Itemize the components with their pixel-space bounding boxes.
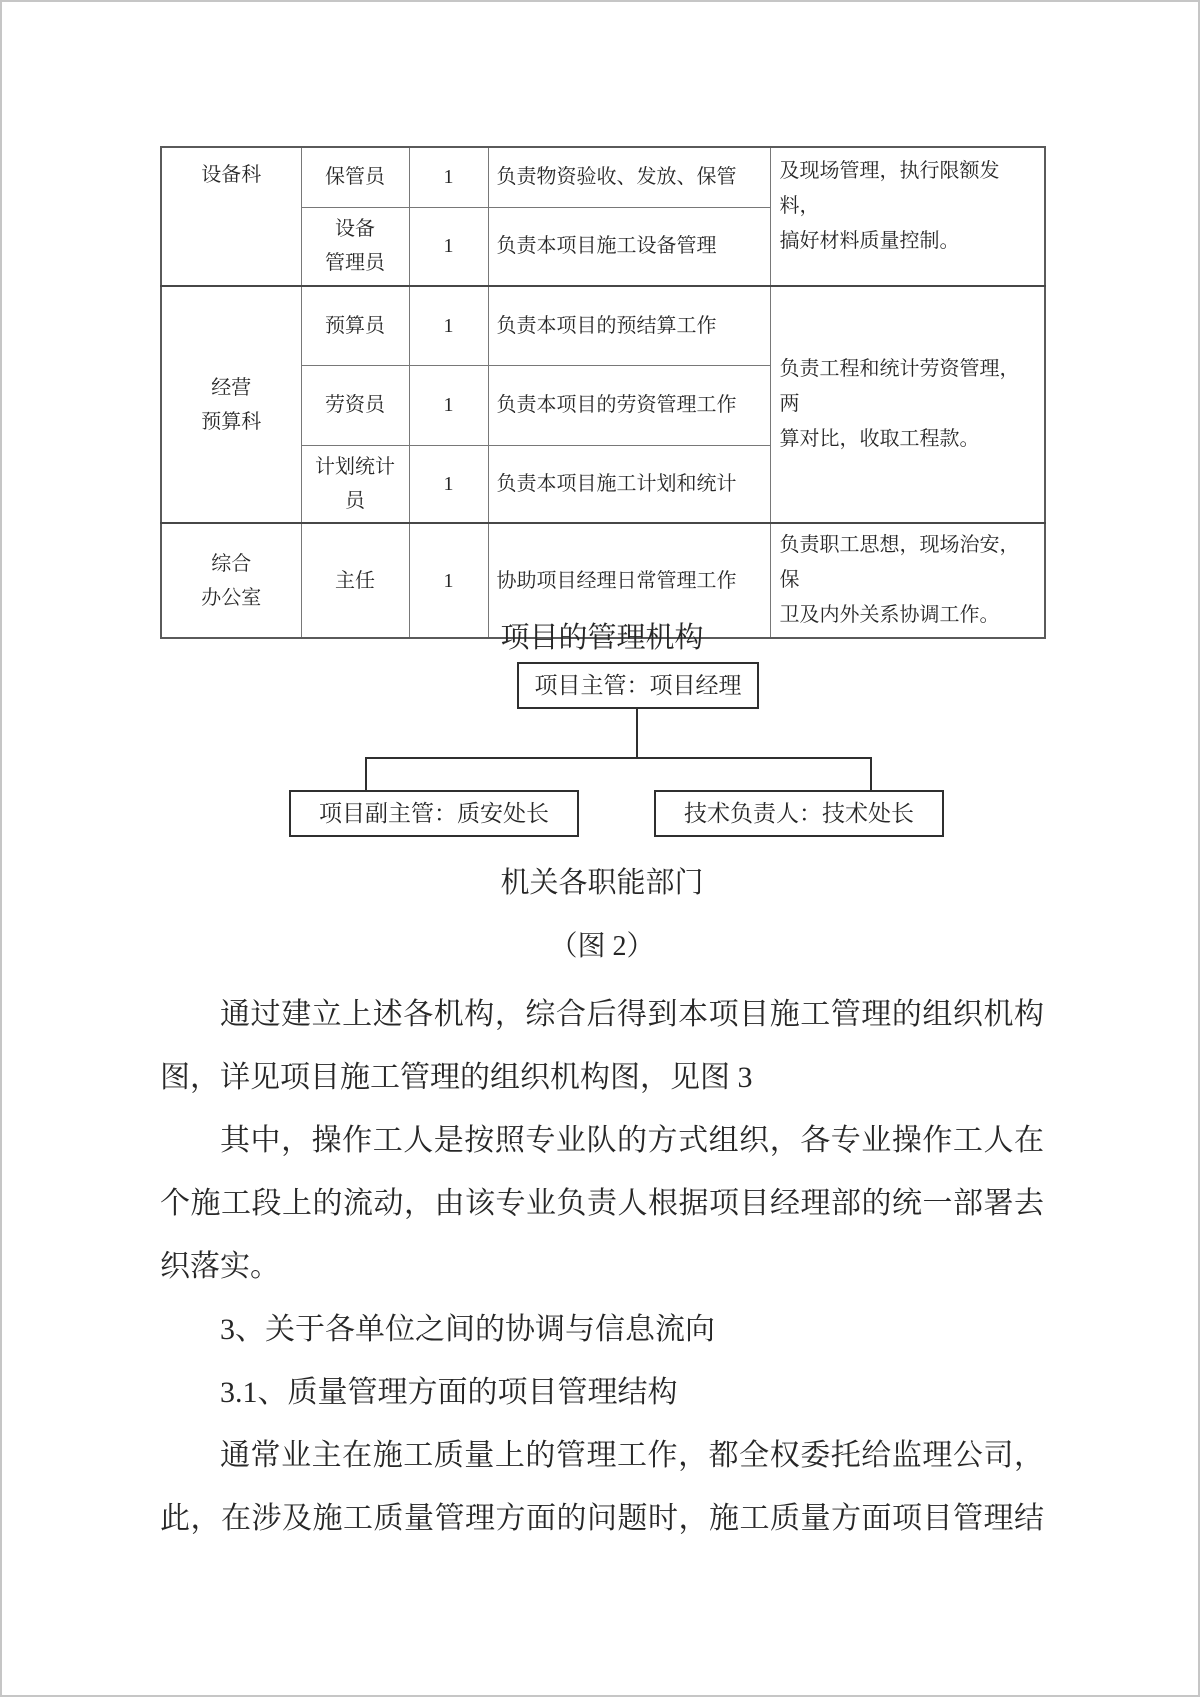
cell-count: 1 bbox=[409, 365, 488, 445]
org-chart-title: 项目的管理机构 bbox=[160, 615, 1044, 656]
table-row: 经营 预算科 预算员 1 负责本项目的预结算工作 负责工程和统计劳资管理，两 算… bbox=[161, 286, 1045, 365]
org-chart-left-box: 项目副主管：质安处长 bbox=[289, 790, 579, 837]
paragraph-line: 图，详见项目施工管理的组织机构图，见图 3 bbox=[160, 1046, 1044, 1109]
cell-role: 劳资员 bbox=[301, 365, 409, 445]
staffing-table: 设备科 保管员 1 负责物资验收、发放、保管 及现场管理，执行限额发料， 搞好材… bbox=[160, 146, 1046, 639]
cell-duty: 负责本项目施工设备管理 bbox=[488, 207, 770, 286]
org-chart-root-box: 项目主管：项目经理 bbox=[517, 662, 759, 709]
cell-duty: 负责本项目的预结算工作 bbox=[488, 286, 770, 365]
paragraph-line: 3、关于各单位之间的协调与信息流向 bbox=[160, 1298, 1044, 1361]
cell-note: 负责工程和统计劳资管理，两 算对比，收取工程款。 bbox=[770, 286, 1045, 523]
cell-role: 保管员 bbox=[301, 147, 409, 207]
paragraph-line: 3.1、质量管理方面的项目管理结构 bbox=[160, 1361, 1044, 1424]
cell-duty: 负责物资验收、发放、保管 bbox=[488, 147, 770, 207]
org-chart-right-box: 技术负责人：技术处长 bbox=[654, 790, 944, 837]
cell-duty: 负责本项目的劳资管理工作 bbox=[488, 365, 770, 445]
cell-count: 1 bbox=[409, 286, 488, 365]
paragraph-line: 通常业主在施工质量上的管理工作，都全权委托给监理公司，因 bbox=[160, 1424, 1044, 1487]
cell-count: 1 bbox=[409, 207, 488, 286]
connector-horizontal bbox=[365, 757, 872, 759]
cell-count: 1 bbox=[409, 147, 488, 207]
org-functions-label: 机关各职能部门 bbox=[160, 860, 1044, 901]
cell-note: 及现场管理，执行限额发料， 搞好材料质量控制。 bbox=[770, 147, 1045, 286]
connector-vertical-left bbox=[365, 757, 367, 790]
cell-dept: 经营 预算科 bbox=[161, 286, 301, 523]
table-row: 设备科 保管员 1 负责物资验收、发放、保管 及现场管理，执行限额发料， 搞好材… bbox=[161, 147, 1045, 207]
cell-role: 预算员 bbox=[301, 286, 409, 365]
cell-role: 设备 管理员 bbox=[301, 207, 409, 286]
document-page: 设备科 保管员 1 负责物资验收、发放、保管 及现场管理，执行限额发料， 搞好材… bbox=[0, 0, 1200, 1697]
figure-caption: （图 2） bbox=[160, 924, 1044, 964]
cell-dept: 设备科 bbox=[161, 147, 301, 286]
cell-role: 计划统计 员 bbox=[301, 445, 409, 523]
cell-count: 1 bbox=[409, 445, 488, 523]
paragraph-line: 此，在涉及施工质量管理方面的问题时，施工质量方面项目管理结构 bbox=[160, 1487, 1044, 1550]
paragraph-line: 通过建立上述各机构，综合后得到本项目施工管理的组织机构 bbox=[160, 983, 1044, 1046]
paragraph-line: 个施工段上的流动，由该专业负责人根据项目经理部的统一部署去组 bbox=[160, 1172, 1044, 1235]
connector-vertical-right bbox=[870, 757, 872, 790]
paragraph-line: 其中，操作工人是按照专业队的方式组织，各专业操作工人在每 bbox=[160, 1109, 1044, 1172]
connector-vertical-root bbox=[636, 709, 638, 757]
body-text: 通过建立上述各机构，综合后得到本项目施工管理的组织机构 图，详见项目施工管理的组… bbox=[160, 983, 1044, 1550]
paragraph-line: 织落实。 bbox=[160, 1235, 1044, 1298]
cell-duty: 负责本项目施工计划和统计 bbox=[488, 445, 770, 523]
